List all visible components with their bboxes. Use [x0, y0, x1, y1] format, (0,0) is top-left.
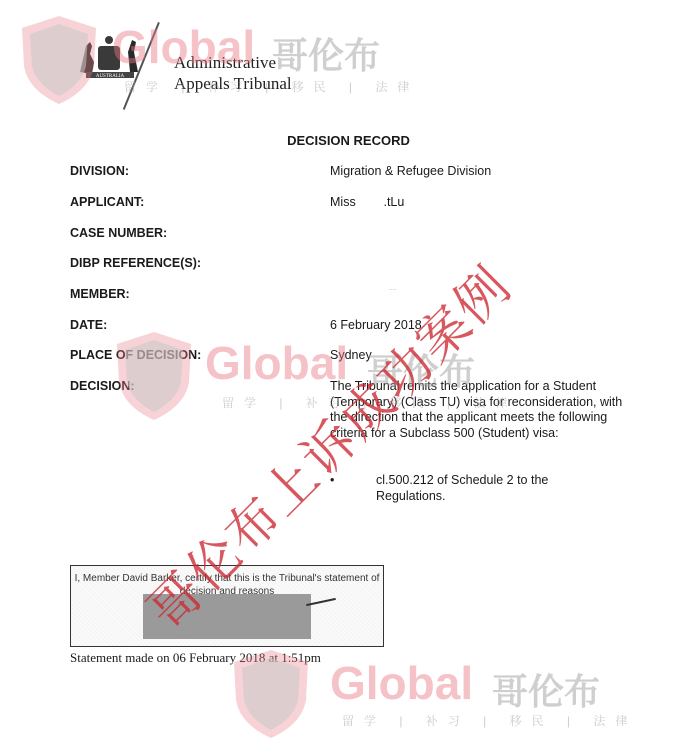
value-place-of-decision: Sydney	[330, 348, 372, 362]
svg-text:AUSTRALIA: AUSTRALIA	[96, 74, 125, 79]
decision-text: The Tribunal remits the application for …	[330, 379, 630, 441]
label-case-number: CASE NUMBER:	[70, 226, 167, 240]
org-line-2: Appeals Tribunal	[174, 73, 292, 94]
label-date: DATE:	[70, 318, 107, 332]
label-place-of-decision: PLACE OF DECISION:	[70, 348, 201, 362]
label-division: DIVISION:	[70, 164, 129, 178]
certification-box: I, Member David Barker, certify that thi…	[70, 565, 384, 647]
watermark-tagline: 留学 | 补习 | 移民 | 法律	[342, 712, 637, 729]
shield-logo-icon	[115, 330, 193, 422]
org-line-1: Administrative	[174, 52, 292, 73]
statement-timestamp: Statement made on 06 February 2018 at 1:…	[70, 650, 321, 666]
value-division: Migration & Refugee Division	[330, 164, 491, 178]
bullet-icon: •	[330, 473, 334, 487]
value-date: 6 February 2018	[330, 318, 422, 332]
decision-criteria-item: cl.500.212 of Schedule 2 to the Regulati…	[376, 473, 576, 504]
document-page: AUSTRALIA Administrative Appeals Tribuna…	[0, 0, 697, 753]
document-title: DECISION RECORD	[0, 133, 697, 148]
watermark-brand-cn: 哥伦布	[492, 664, 600, 715]
watermark-brand-latin: Global	[330, 656, 473, 710]
watermark-brand-latin: Global	[205, 336, 348, 390]
label-member: MEMBER:	[70, 287, 130, 301]
value-member: ....	[388, 283, 397, 292]
label-decision: DECISION:	[70, 379, 135, 393]
label-dibp-references: DIBP REFERENCE(S):	[70, 256, 201, 270]
redacted-signature	[143, 594, 311, 639]
australia-coat-of-arms-icon: AUSTRALIA	[72, 32, 152, 84]
value-applicant: Miss .tLu	[330, 195, 404, 209]
organization-name: Administrative Appeals Tribunal	[174, 52, 292, 94]
label-applicant: APPLICANT:	[70, 195, 144, 209]
